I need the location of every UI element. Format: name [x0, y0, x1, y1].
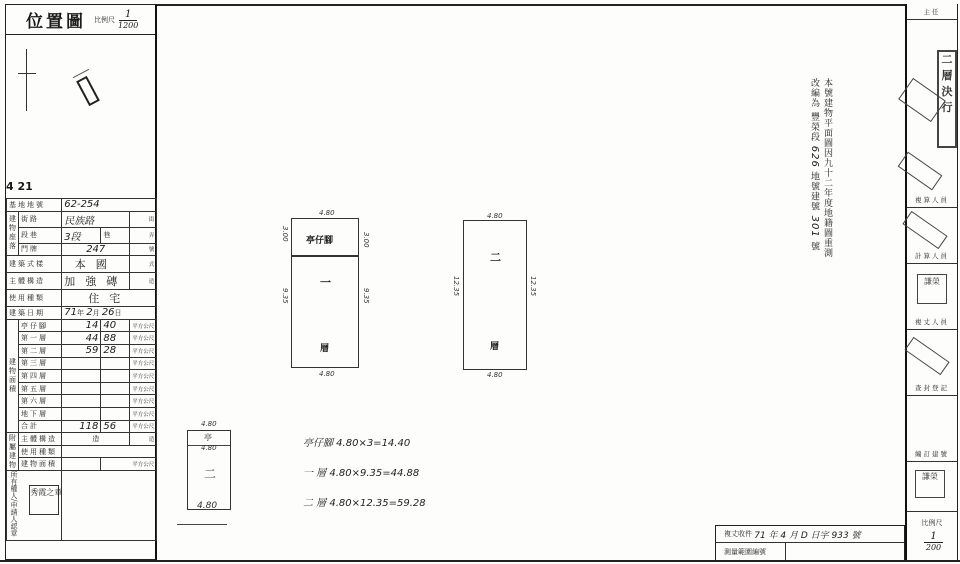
floor-area-row: 第二層5928平方公尺 — [7, 344, 157, 357]
receipt-box: 複丈收件 71 年 4 月 D 日字 933 號 測量範圍編號 — [715, 525, 905, 561]
floor-area-row: 建物面積亭仔腳1440平方公尺 — [7, 319, 157, 332]
row-recheck: 複算人員 — [907, 192, 957, 208]
row-owner-seal: 所有權人/申請人認章 秀霞之章 — [7, 470, 157, 540]
sketch-plan: 亭 二 — [187, 430, 231, 510]
building-survey-sheet: 位置圖 比例尺 1 1200 基地地號 62-254 建物座落 街路 — [0, 0, 960, 564]
calc-arcade: 亭仔腳 4.80×3=14.40 — [303, 434, 410, 449]
building-number-seal: 謙榮 — [915, 470, 945, 498]
calc-floor1: 一 層 4.80×9.35=44.88 — [303, 464, 419, 479]
right-approval-panel: 主任 二層決行 複算人員 計算人員 謙榮 複丈人員 查封登記 編訂建號 謙榮 比… — [905, 4, 958, 560]
row-build-date: 建築日期 71年 2月 26日 — [7, 307, 157, 320]
first-floor-plan: 亭仔腳 一 層 — [291, 218, 359, 368]
floor-area-row: 合計11856平方公尺 — [7, 420, 157, 433]
calc-floor2: 二 層 4.80×12.35=59.28 — [303, 494, 426, 509]
diagonal-stamp-2 — [898, 152, 943, 191]
row-use: 使用種類 住宅 — [7, 290, 157, 307]
owner-seal-stamp: 秀霞之章 — [29, 485, 59, 515]
drawing-scale: 比例尺 1 200 — [907, 512, 957, 552]
row-annex-area: 建物面積 平方公尺 — [7, 458, 157, 471]
arcade-divider — [292, 255, 358, 257]
renumbering-note-col2: 改編為 豐榮段 626 地號建號 301 號 — [807, 78, 821, 252]
row-style: 建築式樣 本國 式 — [7, 256, 157, 273]
compass-cross-icon — [18, 73, 36, 74]
row-land-lot: 基地地號 62-254 — [7, 199, 157, 212]
row-section: 段巷 3段 巷 弄 — [7, 227, 157, 243]
floor-area-row: 第三層平方公尺 — [7, 357, 157, 370]
left-panel: 位置圖 比例尺 1 1200 基地地號 62-254 建物座落 街路 — [5, 4, 157, 560]
row-seizure-registration: 查封登記 — [907, 380, 957, 396]
row-annex-use: 使用種類 — [7, 445, 157, 458]
diagonal-stamp-4 — [904, 337, 949, 375]
floor-plan-drawing-area: 亭仔腳 一 層 4.80 4.80 3.00 3.00 9.35 9.35 二 … — [157, 6, 905, 560]
floor-area-row: 第六層平方公尺 — [7, 395, 157, 408]
row-door-no: 門牌 247 號 — [7, 243, 157, 256]
row-street: 建物座落 街路 民族路 街 — [7, 211, 157, 227]
receipt-row: 複丈收件 71 年 4 月 D 日字 933 號 — [716, 526, 904, 543]
row-building-number: 編訂建號 — [907, 446, 957, 462]
row-calculator: 計算人員 — [907, 248, 957, 264]
row-director: 主任 — [907, 4, 957, 20]
diagonal-stamp-3 — [902, 211, 947, 249]
north-arrow-icon — [26, 49, 27, 111]
row-surveyor: 複丈人員 — [907, 314, 957, 330]
second-floor-plan: 二 層 — [463, 220, 527, 370]
location-map-header: 位置圖 比例尺 1 1200 — [6, 5, 155, 35]
survey-range-row: 測量範圍編號 — [716, 543, 904, 560]
sheet-number: 4 21 — [6, 180, 33, 193]
row-structure: 主體構造 加強磚 造 — [7, 273, 157, 290]
floor-area-row: 第一層4488平方公尺 — [7, 332, 157, 345]
location-map — [6, 35, 155, 198]
row-annex-structure: 附屬建物 主體構造 造 造 — [7, 433, 157, 446]
renumbering-note-col1: 本號建物平面圖因九十二年度地籍圖重測 — [820, 78, 833, 258]
location-map-title: 位置圖 — [26, 7, 86, 32]
building-info-table: 基地地號 62-254 建物座落 街路 民族路 街 段巷 3段 巷 弄 門牌 2… — [6, 198, 157, 541]
building-location-marker — [76, 76, 100, 106]
floor-area-row: 第四層平方公尺 — [7, 370, 157, 383]
floor-area-rows: 建物面積亭仔腳1440平方公尺第一層4488平方公尺第二層5928平方公尺第三層… — [7, 319, 157, 432]
location-map-scale: 比例尺 1 1200 — [94, 10, 138, 30]
calculator-seal: 謙榮 — [917, 274, 947, 304]
floor-area-row: 第五層平方公尺 — [7, 382, 157, 395]
floor-area-row: 地下層平方公尺 — [7, 407, 157, 420]
